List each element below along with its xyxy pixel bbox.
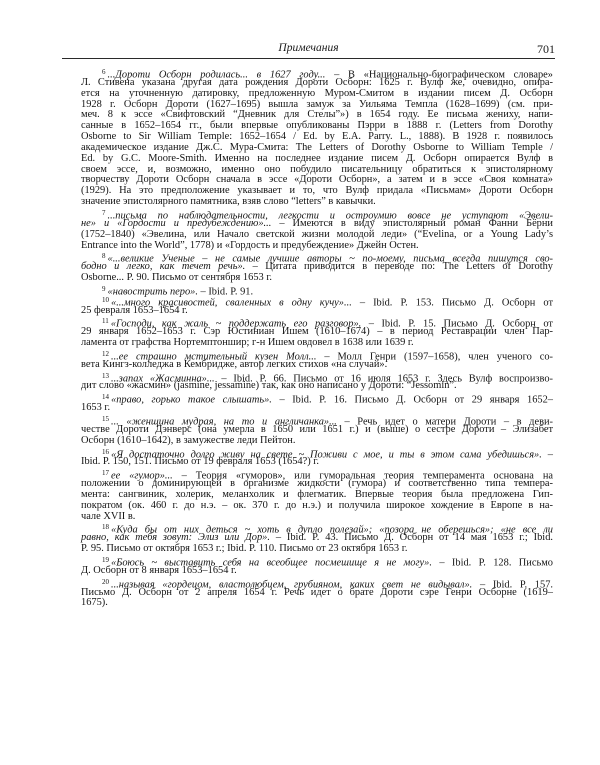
footnote-line: Osborne... P. 90. Письмо от сентября 165… (81, 273, 553, 284)
footnote-number: 19 (102, 556, 109, 564)
footnote-10: 10«...много красивостей, сваленных в одн… (81, 295, 553, 317)
book-page: Примечания 701 6...Дороти Осборн родилас… (0, 0, 600, 765)
footnote-text: 1653 г. (81, 402, 110, 413)
footnote-text: Л. Стивена указана другая дата рождения … (81, 77, 553, 88)
footnote-number: 14 (102, 393, 109, 401)
footnote-9: 9«навострить перо». – Ibid. P. 91. (81, 284, 553, 295)
footnote-text: Entrance into the World”, 1778) и «Гордо… (81, 240, 419, 251)
footnote-text: – Ibid. P. 128. Письмо (432, 557, 553, 568)
footnote-text: Osborne... P. 90. Письмо от сентября 165… (81, 272, 272, 283)
footnote-text: творчеству Дороти Осборн сначала в эссе … (81, 174, 553, 185)
footnote-number: 7 (102, 209, 106, 217)
footnote-6: 6...Дороти Осборн родилась... в 1627 год… (81, 67, 553, 208)
footnote-line: 9«навострить перо». – Ibid. P. 91. (81, 284, 553, 295)
footnote-8: 8«...великие Ученые – не самые лучшие ав… (81, 251, 553, 284)
footnote-text: (1752–1840) «Эвелина, или Начало светско… (81, 229, 553, 240)
footnote-text: Ed. by G.C. Moore-Smith. Именно на после… (81, 153, 553, 164)
footnote-text: академическое издание Дж.С. Мура-Смита: … (81, 142, 553, 153)
footnote-number: 17 (102, 469, 109, 477)
footnote-text: Osborne to Sir William Temple: 1652–1654… (81, 131, 553, 142)
footnote-text: Д. Осборн от 8 января 1653–1654 г. (81, 565, 237, 576)
footnote-13: 13...запах «Жасминна»... – Ibid. P. 66. … (81, 371, 553, 393)
footnote-16: 16«Я достаточно долго живу на свете ~ По… (81, 447, 553, 469)
footnote-text: Ibid. P. 150, 151. Письмо от 19 февраля … (81, 456, 319, 467)
footnote-text: P. 95. Письмо от октября 1653 г.; Ibid. … (81, 543, 407, 554)
footnote-text: своем эссе, и, возможно, именно оно побу… (81, 164, 553, 175)
footnote-line: 1675). (81, 598, 553, 609)
footnote-line: чале XVII в. (81, 512, 553, 523)
footnote-text: – Ibid. P. 153. Письмо Д. Осборн от (352, 297, 553, 308)
footnote-text: Осборн (1610–1642), в замужестве леди Пе… (81, 435, 295, 446)
footnote-line: 14«право, горько такое слышать». – Ibid.… (81, 392, 553, 403)
quoted-phrase: равно, как тебя зовут: Элиз или Дор». (81, 532, 270, 543)
footnote-number: 18 (102, 523, 109, 531)
footnote-text: – (542, 449, 553, 460)
footnote-text: 1675). (81, 597, 108, 608)
footnote-text: меч. 8 к эссе «Свифтовский “Дневник для … (81, 109, 553, 120)
footnote-14: 14«право, горько такое слышать». – Ibid.… (81, 392, 553, 414)
footnote-text: дит слово «жасмин» (jasmine, jessamine) … (81, 380, 457, 391)
footnote-text: – Имеются в виду эпистолярный роман Фанн… (271, 218, 553, 229)
running-title: Примечания (62, 42, 555, 54)
footnote-text: честве Дороти Дэнверс (она умерла в 1650… (81, 424, 553, 435)
footnote-7: 7...письма по наблюдательности, легкости… (81, 208, 553, 251)
footnote-number: 11 (102, 317, 109, 325)
footnote-number: 20 (102, 578, 109, 586)
quoted-phrase: бодно и легко, как течет речь». (81, 261, 245, 272)
footnote-17: 17ее «гумор»... – Теория «гуморов», или … (81, 468, 553, 522)
footnote-18: 18«Куда бы от них деться ~ хоть в дупло … (81, 522, 553, 555)
footnote-line: значение эпистолярного памятника, взяв с… (81, 197, 553, 208)
footnote-line: Осборн (1610–1642), в замужестве леди Пе… (81, 436, 553, 447)
footnote-text: мента: сангвиник, холерик, меланхолик и … (81, 489, 553, 500)
footnote-line: пократом (ок. 460 г. до н.э. – ок. 370 г… (81, 501, 553, 512)
footnote-20: 20...называя «гордецом, властолюбцем, гр… (81, 577, 553, 610)
footnote-text: пократом (ок. 460 г. до н.э. – ок. 370 г… (81, 500, 553, 511)
footnote-number: 13 (102, 372, 109, 380)
quoted-phrase: «право, горько такое слышать». (111, 395, 272, 406)
footnote-19: 19«Боюсь ~ выставить себя на всеобщее по… (81, 555, 553, 577)
footnote-11: 11«Господи, как жаль ~ поддержать его ра… (81, 316, 553, 349)
footnote-text: 29 января 1652–1653 г. Сэр Юстиниан Ишем… (81, 326, 553, 337)
footnote-text: ламента от графства Нортемптоншир; г-н И… (81, 337, 414, 348)
footnote-line: ламента от графства Нортемптоншир; г-н И… (81, 338, 553, 349)
footnote-text: 1928 г. Осборн Дороти (1627–1695) вышла … (81, 99, 553, 110)
footnote-number: 9 (102, 285, 106, 293)
footnote-number: 16 (102, 448, 109, 456)
footnote-text: вета Кингз-колледжа в Кембридже, автор л… (81, 359, 387, 370)
footnote-text: санные в 1652–1654 гг., были впервые опу… (81, 120, 553, 131)
footnote-line: Письмо Д. Осборн от 2 апреля 1654 г. Реч… (81, 588, 553, 599)
footnote-text: ется на уточненную датировку, предложенн… (81, 88, 553, 99)
footnote-line: Entrance into the World”, 1778) и «Гордо… (81, 241, 553, 252)
header-rule (62, 58, 555, 59)
quoted-phrase: не» и «Гордости и предубеждению»... (81, 218, 271, 229)
footnote-number: 10 (102, 296, 109, 304)
footnote-text: 25 февраля 1653–1654 г. (81, 305, 188, 316)
footnote-text: – Ibid. P. 16. Письмо Д. Осборн от 29 ян… (272, 395, 553, 406)
footnote-text: – Ibid. P. 43. Письмо Д. Осборн от 14 ма… (270, 532, 553, 543)
footnotes-list: 6...Дороти Осборн родилась... в 1627 год… (81, 67, 553, 609)
footnote-number: 12 (102, 350, 109, 358)
footnote-15: 15... «женщина мудрая, на то и англичанк… (81, 414, 553, 447)
footnote-12: 12...ее страшно мстительный кузен Молл..… (81, 349, 553, 371)
footnote-number: 6 (102, 68, 106, 76)
footnote-number: 8 (102, 252, 106, 260)
footnote-number: 15 (102, 415, 109, 423)
footnote-text: чале XVII в. (81, 511, 135, 522)
footnote-text: положении о доминирующей в организме жид… (81, 478, 553, 489)
running-head: Примечания 701 (62, 40, 555, 58)
page-number: 701 (537, 42, 555, 57)
footnote-text: Письмо Д. Осборн от 2 апреля 1654 г. Реч… (81, 587, 553, 598)
footnote-text: (1929). На это предположение указывает и… (81, 185, 553, 196)
footnote-line: P. 95. Письмо от октября 1653 г.; Ibid. … (81, 544, 553, 555)
footnote-text: – Цитата приводится в переводе по: The L… (245, 261, 553, 272)
footnote-text: значение эпистолярного памятника, взяв с… (81, 196, 376, 207)
